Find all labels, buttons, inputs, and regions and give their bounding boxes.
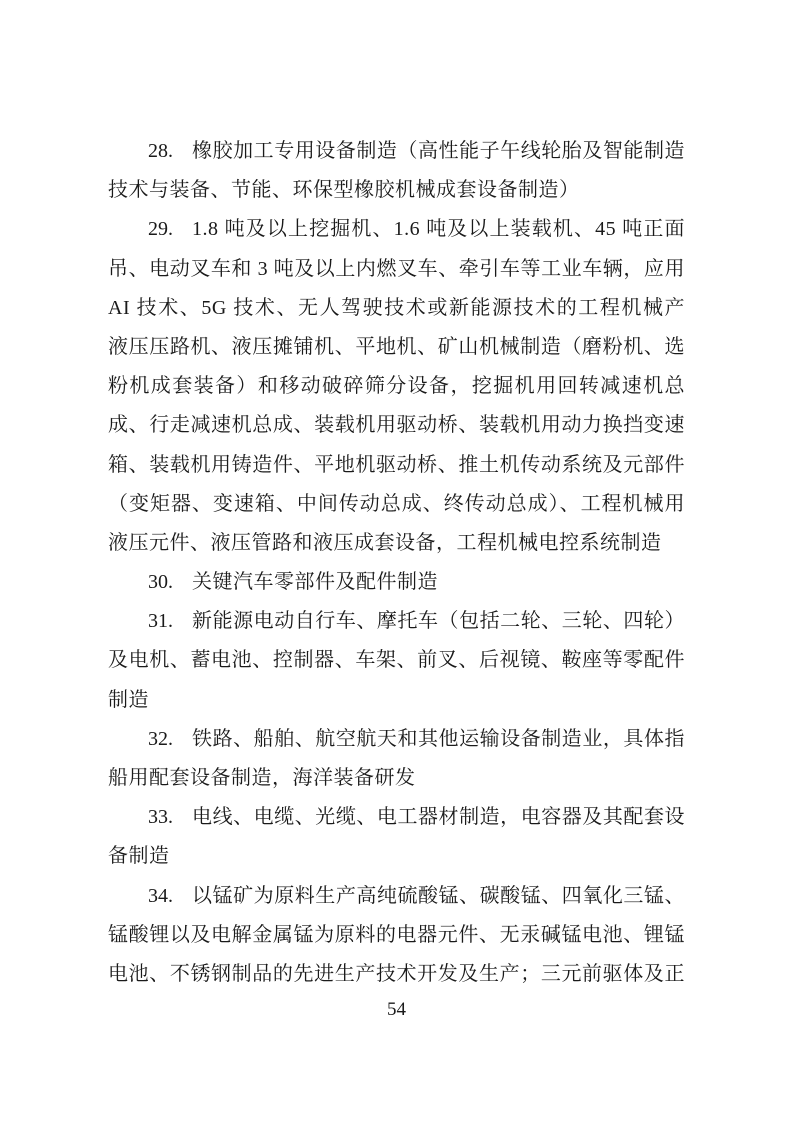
paragraph-line: 及电机、蓄电池、控制器、车架、前叉、后视镜、鞍座等零配件 <box>108 641 685 680</box>
paragraph-line: 技术与装备、节能、环保型橡胶机械成套设备制造） <box>108 171 685 210</box>
line-text: 以锰矿为原料生产高纯硫酸锰、碳酸锰、四氧化三锰、 <box>192 885 685 907</box>
paragraph-line: 30.关键汽车零部件及配件制造 <box>108 563 685 602</box>
page-number: 54 <box>0 998 793 1022</box>
item-number: 28. <box>148 132 192 171</box>
line-text: 箱、装载机用铸造件、平地机驱动桥、推土机传动系统及元部件 <box>108 454 685 476</box>
line-text: 备制造 <box>108 845 170 867</box>
line-text: 液压压路机、液压摊铺机、平地机、矿山机械制造（磨粉机、选 <box>108 336 685 358</box>
line-text: 电池、不锈钢制品的先进生产技术开发及生产；三元前驱体及正 <box>108 963 685 985</box>
paragraph-line: 33.电线、电缆、光缆、电工器材制造，电容器及其配套设 <box>108 798 685 837</box>
paragraph-line: 34.以锰矿为原料生产高纯硫酸锰、碳酸锰、四氧化三锰、 <box>108 877 685 916</box>
line-text: 粉机成套装备）和移动破碎筛分设备，挖掘机用回转减速机总 <box>108 375 685 397</box>
paragraph-line: 箱、装载机用铸造件、平地机驱动桥、推土机传动系统及元部件 <box>108 446 685 485</box>
paragraph-line: 液压压路机、液压摊铺机、平地机、矿山机械制造（磨粉机、选 <box>108 328 685 367</box>
line-text: 及电机、蓄电池、控制器、车架、前叉、后视镜、鞍座等零配件 <box>108 649 685 671</box>
paragraph-line: 制造 <box>108 681 685 720</box>
paragraph-line: 成、行走减速机总成、装载机用驱动桥、装载机用动力换挡变速 <box>108 406 685 445</box>
line-text: 成、行走减速机总成、装载机用驱动桥、装载机用动力换挡变速 <box>108 414 685 436</box>
line-text: 制造 <box>108 689 149 711</box>
line-text: 铁路、船舶、航空航天和其他运输设备制造业，具体指 <box>192 728 685 750</box>
line-text: 船用配套设备制造，海洋装备研发 <box>108 767 416 789</box>
paragraph-line: 28.橡胶加工专用设备制造（高性能子午线轮胎及智能制造 <box>108 132 685 171</box>
paragraph-line: 备制造 <box>108 837 685 876</box>
line-text: 锰酸锂以及电解金属锰为原料的电器元件、无汞碱锰电池、锂锰 <box>108 924 685 946</box>
paragraph-line: 29.1.8 吨及以上挖掘机、1.6 吨及以上装载机、45 吨正面 <box>108 210 685 249</box>
line-text: （变矩器、变速箱、中间传动总成、终传动总成）、工程机械用 <box>108 493 685 515</box>
item-number: 29. <box>148 210 192 249</box>
paragraph-line: 粉机成套装备）和移动破碎筛分设备，挖掘机用回转减速机总 <box>108 367 685 406</box>
paragraph-line: 31.新能源电动自行车、摩托车（包括二轮、三轮、四轮） <box>108 602 685 641</box>
document-page: 28.橡胶加工专用设备制造（高性能子午线轮胎及智能制造 技术与装备、节能、环保型… <box>0 0 793 1122</box>
paragraph-line: 32.铁路、船舶、航空航天和其他运输设备制造业，具体指 <box>108 720 685 759</box>
paragraph-line: 吊、电动叉车和 3 吨及以上内燃叉车、牵引车等工业车辆，应用 <box>108 250 685 289</box>
paragraph-line: 电池、不锈钢制品的先进生产技术开发及生产；三元前驱体及正 <box>108 955 685 994</box>
paragraph-line: AI 技术、5G 技术、无人驾驶技术或新能源技术的工程机械产品， <box>108 289 685 328</box>
paragraph-line: 锰酸锂以及电解金属锰为原料的电器元件、无汞碱锰电池、锂锰 <box>108 916 685 955</box>
item-number: 31. <box>148 602 192 641</box>
line-text: 关键汽车零部件及配件制造 <box>192 571 438 593</box>
line-text: 橡胶加工专用设备制造（高性能子午线轮胎及智能制造 <box>192 140 685 162</box>
line-text: 电线、电缆、光缆、电工器材制造，电容器及其配套设 <box>192 806 685 828</box>
item-number: 32. <box>148 720 192 759</box>
paragraph-line: 船用配套设备制造，海洋装备研发 <box>108 759 685 798</box>
line-text: 液压元件、液压管路和液压成套设备，工程机械电控系统制造 <box>108 532 662 554</box>
line-text: 1.8 吨及以上挖掘机、1.6 吨及以上装载机、45 吨正面 <box>192 218 685 240</box>
item-number: 34. <box>148 877 192 916</box>
item-number: 30. <box>148 563 192 602</box>
body-text: 28.橡胶加工专用设备制造（高性能子午线轮胎及智能制造 技术与装备、节能、环保型… <box>108 132 685 994</box>
line-text: AI 技术、5G 技术、无人驾驶技术或新能源技术的工程机械产品， <box>108 297 685 328</box>
paragraph-line: 液压元件、液压管路和液压成套设备，工程机械电控系统制造 <box>108 524 685 563</box>
line-text: 新能源电动自行车、摩托车（包括二轮、三轮、四轮） <box>192 610 685 632</box>
line-text: 技术与装备、节能、环保型橡胶机械成套设备制造） <box>108 179 580 201</box>
line-text: 吊、电动叉车和 3 吨及以上内燃叉车、牵引车等工业车辆，应用 <box>108 258 685 280</box>
paragraph-line: （变矩器、变速箱、中间传动总成、终传动总成）、工程机械用 <box>108 485 685 524</box>
item-number: 33. <box>148 798 192 837</box>
